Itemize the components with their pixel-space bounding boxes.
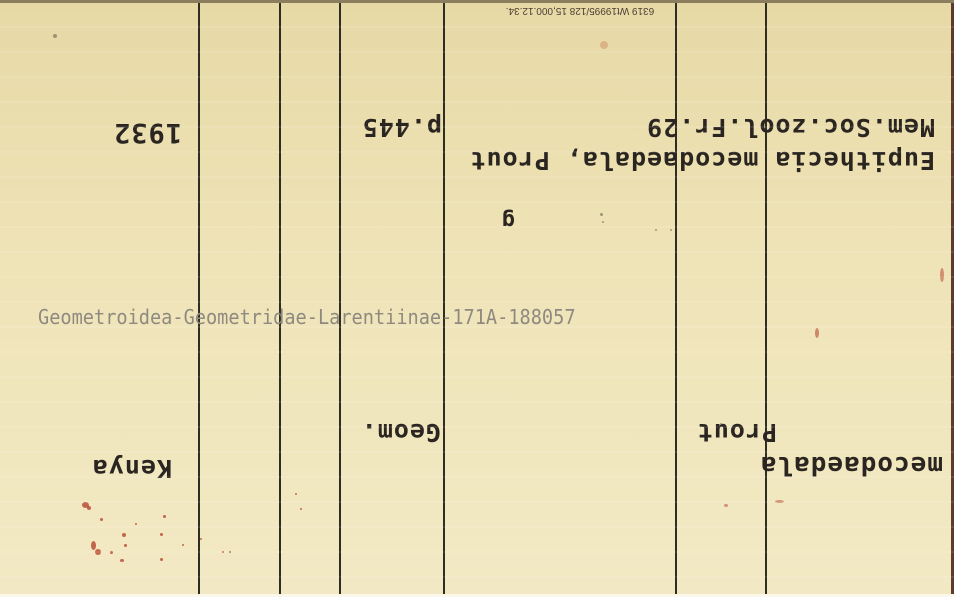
printer-mark: 6319 Wt19995/128 15,000.12.34. <box>486 3 674 17</box>
species-epithet: mecodaedala <box>728 447 943 483</box>
locality: Kenya <box>62 451 172 485</box>
reference-line: Mem.Soc.zool.Fr.29 <box>450 111 935 143</box>
index-card: 6319 Wt19995/128 15,000.12.34. Eupitheci… <box>0 0 954 594</box>
column-rule <box>339 3 341 594</box>
year: 1932 <box>82 115 182 149</box>
species-name-line: Eupithecia mecodaedala, Prout <box>345 143 935 177</box>
column-rule <box>443 3 445 594</box>
column-rule <box>279 3 281 594</box>
column-rule <box>198 3 200 594</box>
author: Prout <box>667 415 777 449</box>
page-reference: p.445 <box>342 111 442 143</box>
column-rule <box>675 3 677 594</box>
column-rule <box>765 3 767 594</box>
margin-mark: g <box>496 206 520 234</box>
family-abbrev: Geom. <box>345 415 441 449</box>
catalog-id: Geometroidea-Geometridae-Larentiinae-171… <box>38 305 576 329</box>
